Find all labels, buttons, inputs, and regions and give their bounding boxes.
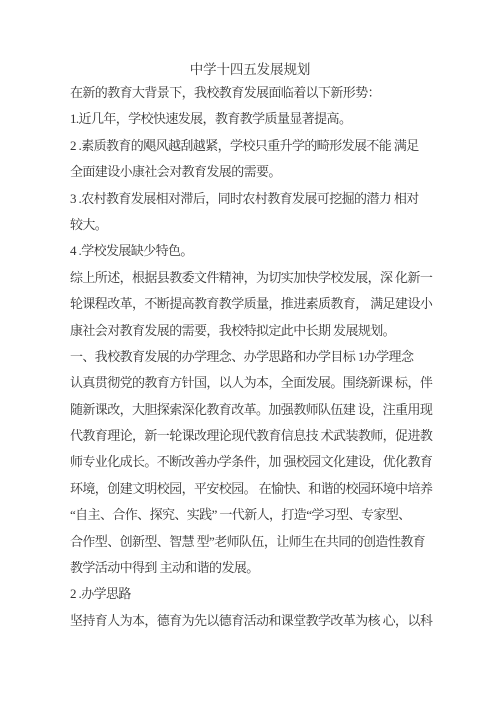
text-line: 坚持育人为本，德育为先以德育活动和课堂教学改革为核 心，以科: [70, 608, 448, 634]
document-page: 中学十四五发展规划 在新的教育大背景下，我校教育发展面临着以下新形势： 1.近几…: [0, 0, 500, 707]
text-line: 随新课改，大胆探索深化教育改革。加强教师队伍建 设，注重用现: [70, 397, 448, 423]
text-line: 一、我校教育发展的办学理念、办学思路和办学目标 1办学理念: [70, 344, 448, 370]
text-line: 教学活动中得到 主动和谐的发展。: [70, 555, 448, 581]
text-line: 代教育理论，新一轮课改理论现代教育信息技 术武装教师，促进教: [70, 423, 448, 449]
text-line: 轮课程改革，不断提高教育教学质量，推进素质教育， 满足建设小: [70, 291, 448, 317]
text-line: 1.近几年，学校快速发展，教育教学质量显著提高。: [70, 106, 448, 132]
text-line: 环境，创建文明校园，平安校园。 在愉快、和谐的校园环境中培养: [70, 476, 448, 502]
text-line: 3 .农村教育发展相对滞后，同时农村教育发展可挖掘的潜力 相对: [70, 186, 448, 212]
text-line: 综上所述，根据县教委文件精神，为切实加快学校发展，深 化新一: [70, 265, 448, 291]
text-line: 在新的教育大背景下，我校教育发展面临着以下新形势：: [70, 80, 448, 106]
text-line: 2 .素质教育的飓风越刮越紧，学校只重升学的畸形发展不能 满足: [70, 133, 448, 159]
document-body: 在新的教育大背景下，我校教育发展面临着以下新形势： 1.近几年，学校快速发展，教…: [70, 80, 448, 634]
text-line: 认真贯彻党的教育方针国，以人为本，全面发展。围绕新课 标，伴: [70, 370, 448, 396]
text-line: 2 .办学思路: [70, 581, 448, 607]
text-line: 康社会对教育发展的需要，我校特拟定此中长期 发展规划。: [70, 318, 448, 344]
text-line: 全面建设小康社会对教育发展的需要。: [70, 159, 448, 185]
document-title: 中学十四五发展规划: [0, 63, 500, 77]
text-line: 合作型、创新型、智慧 型”老师队伍，让师生在共同的创造性教育: [70, 529, 448, 555]
text-line: 4 .学校发展缺少特色。: [70, 238, 448, 264]
text-line: “自主、合作、探究、实践” 一代新人，打造“学习型、专家型、: [70, 502, 448, 528]
text-line: 较大。: [70, 212, 448, 238]
text-line: 师专业化成长。不断改善办学条件，加 强校园文化建设，优化教育: [70, 449, 448, 475]
